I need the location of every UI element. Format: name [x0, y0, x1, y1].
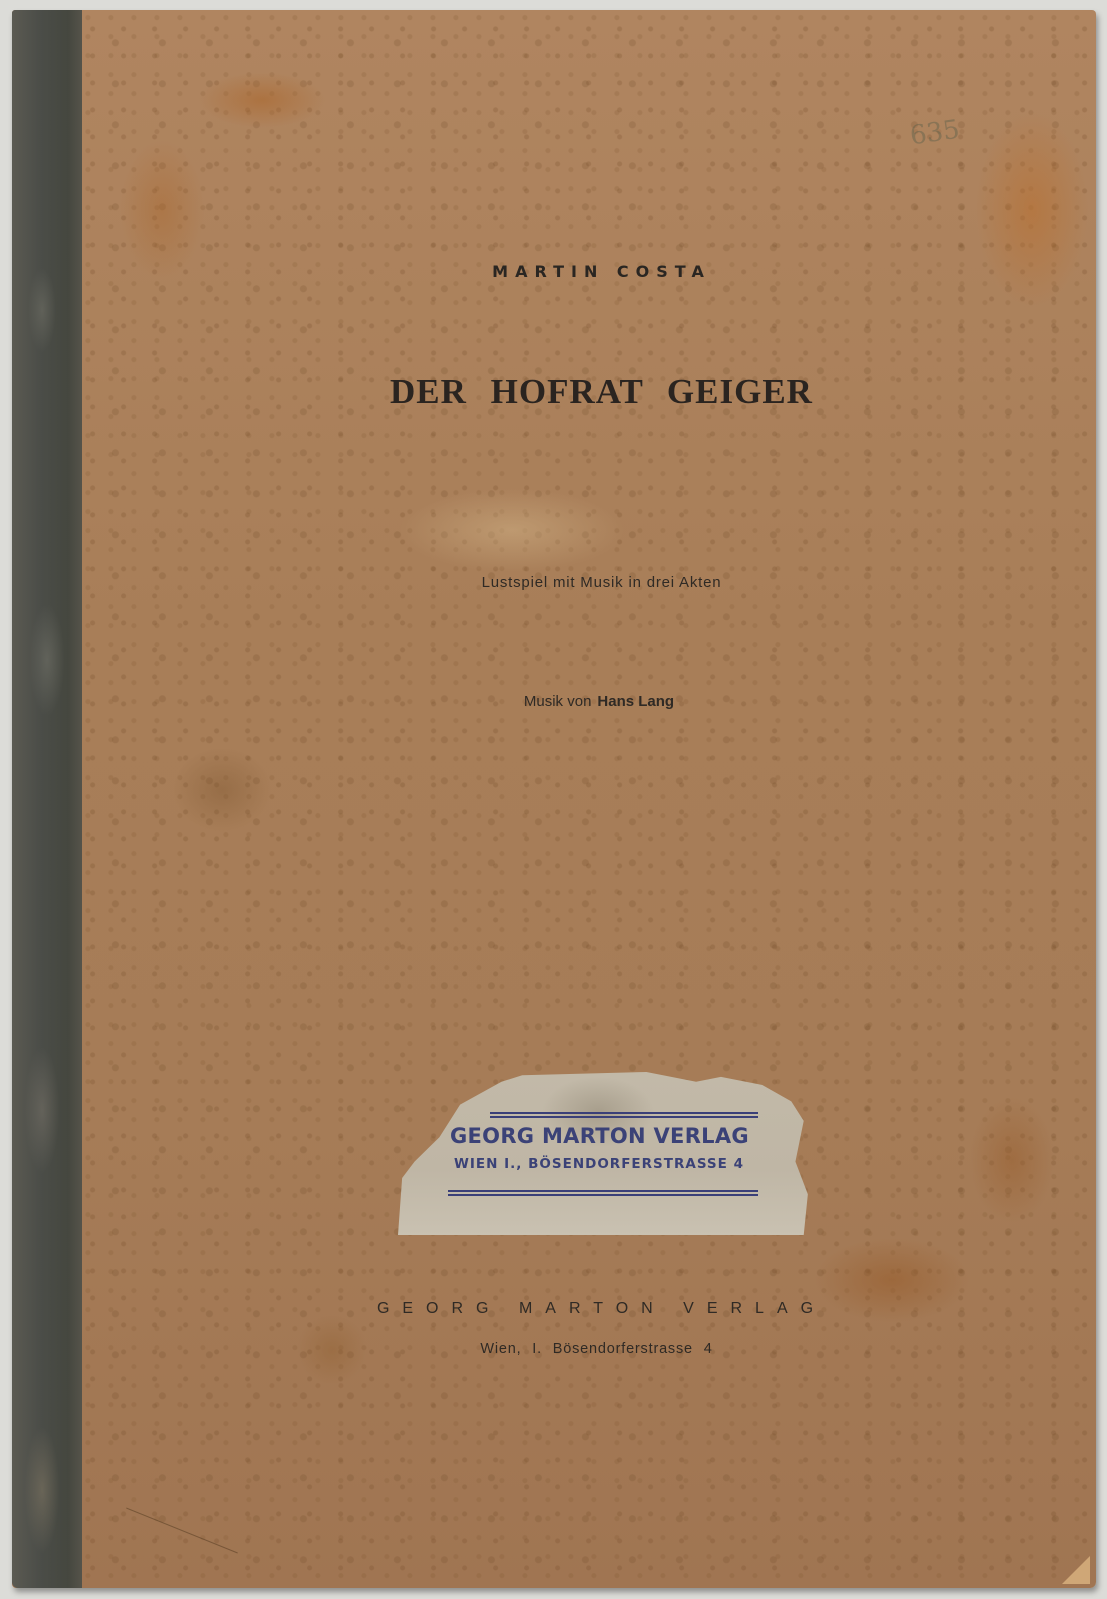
worn-corner	[1062, 1556, 1090, 1584]
music-credit-prefix: Musik von	[524, 693, 592, 710]
pencil-annotation: 635	[908, 115, 961, 152]
music-credit: Musik vonHans Lang	[12, 693, 1096, 710]
publisher-address: Wien, I. Bösendorferstrasse 4	[12, 1341, 1096, 1357]
author-name: MARTIN COSTA	[12, 262, 1096, 281]
publisher-name: GEORG MARTON VERLAG	[12, 1300, 1096, 1318]
sticker-rule-bottom	[448, 1190, 758, 1196]
book-subtitle: Lustspiel mit Musik in drei Akten	[12, 574, 1096, 591]
composer-name: Hans Lang	[597, 693, 674, 710]
book-cover: 635 MARTIN COSTA DER HOFRAT GEIGER Lusts…	[12, 10, 1096, 1588]
publisher-sticker: GEORG MARTON VERLAG WIEN I., BÖSENDORFER…	[398, 1072, 812, 1235]
book-title: DER HOFRAT GEIGER	[12, 372, 1096, 412]
sticker-rule-top	[490, 1112, 758, 1118]
paper-crease	[126, 1508, 238, 1554]
sticker-publisher-address: WIEN I., BÖSENDORFERSTRASSE 4	[454, 1156, 784, 1172]
sticker-publisher-name: GEORG MARTON VERLAG	[450, 1124, 780, 1148]
